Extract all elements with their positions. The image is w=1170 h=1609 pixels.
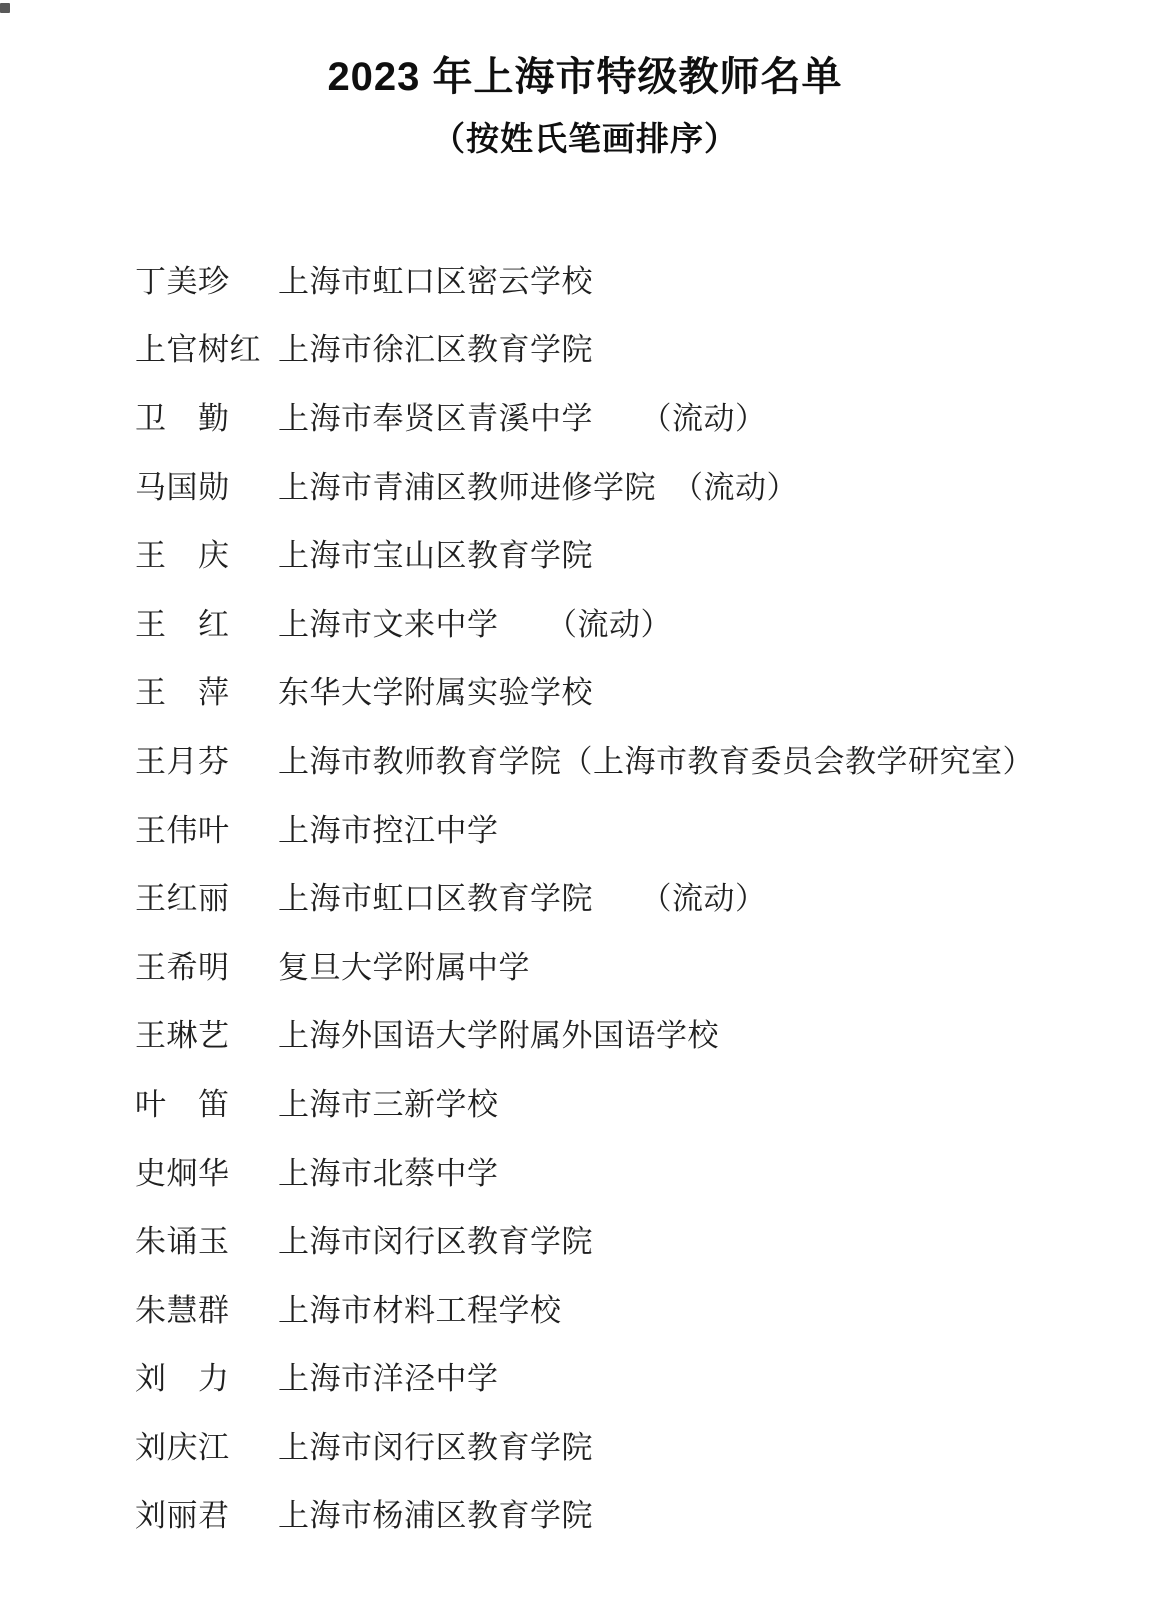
document-page: 2023 年上海市特级教师名单 （按姓氏笔画排序） 丁美珍上海市虹口区密云学校上… bbox=[0, 0, 1170, 1609]
teacher-name: 王 红 bbox=[135, 599, 278, 644]
teacher-school: 上海市三新学校 bbox=[278, 1079, 499, 1124]
teacher-name: 王月芬 bbox=[135, 736, 278, 781]
teacher-name: 王琳艺 bbox=[135, 1010, 278, 1055]
teacher-list: 丁美珍上海市虹口区密云学校上官树红上海市徐汇区教育学院卫 勤上海市奉贤区青溪中学… bbox=[0, 244, 1170, 1547]
teacher-school: 上海市虹口区教育学院 bbox=[278, 873, 593, 918]
teacher-name: 上官树红 bbox=[135, 324, 278, 369]
teacher-school: 上海市奉贤区青溪中学 bbox=[278, 393, 593, 438]
teacher-school: 上海市教师教育学院（上海市教育委员会教学研究室） bbox=[278, 736, 1034, 781]
teacher-name: 刘庆江 bbox=[135, 1422, 278, 1467]
teacher-school: 东华大学附属实验学校 bbox=[278, 667, 593, 712]
teacher-name: 马国勋 bbox=[135, 462, 278, 507]
teacher-row: 王伟叶上海市控江中学 bbox=[0, 793, 1170, 862]
teacher-name: 叶 笛 bbox=[135, 1079, 278, 1124]
teacher-row: 王月芬上海市教师教育学院（上海市教育委员会教学研究室） bbox=[0, 724, 1170, 793]
teacher-school: 上海市徐汇区教育学院 bbox=[278, 324, 593, 369]
teacher-school: 上海市闵行区教育学院 bbox=[278, 1216, 593, 1261]
teacher-row: 王 红上海市文来中学 （流动） bbox=[0, 587, 1170, 656]
teacher-row: 王希明复旦大学附属中学 bbox=[0, 930, 1170, 999]
scan-artifact-mark bbox=[0, 3, 10, 13]
teacher-school: 上海市洋泾中学 bbox=[278, 1353, 499, 1398]
teacher-school: 上海市虹口区密云学校 bbox=[278, 256, 593, 301]
teacher-school: 上海市北蔡中学 bbox=[278, 1148, 499, 1193]
teacher-row: 刘庆江上海市闵行区教育学院 bbox=[0, 1410, 1170, 1479]
teacher-school: 上海市闵行区教育学院 bbox=[278, 1422, 593, 1467]
teacher-row: 王红丽上海市虹口区教育学院 （流动） bbox=[0, 861, 1170, 930]
teacher-school: 上海外国语大学附属外国语学校 bbox=[278, 1010, 719, 1055]
mobility-note: （流动） bbox=[593, 873, 767, 918]
teacher-name: 王红丽 bbox=[135, 873, 278, 918]
teacher-name: 朱诵玉 bbox=[135, 1216, 278, 1261]
teacher-school: 上海市控江中学 bbox=[278, 805, 499, 850]
teacher-row: 朱慧群上海市材料工程学校 bbox=[0, 1273, 1170, 1342]
teacher-name: 刘丽君 bbox=[135, 1490, 278, 1535]
teacher-school: 复旦大学附属中学 bbox=[278, 942, 530, 987]
teacher-row: 朱诵玉上海市闵行区教育学院 bbox=[0, 1204, 1170, 1273]
teacher-row: 王琳艺上海外国语大学附属外国语学校 bbox=[0, 999, 1170, 1068]
teacher-row: 王 萍东华大学附属实验学校 bbox=[0, 656, 1170, 725]
teacher-row: 刘丽君上海市杨浦区教育学院 bbox=[0, 1479, 1170, 1548]
teacher-row: 上官树红上海市徐汇区教育学院 bbox=[0, 313, 1170, 382]
mobility-note: （流动） bbox=[499, 599, 673, 644]
teacher-row: 史炯华上海市北蔡中学 bbox=[0, 1136, 1170, 1205]
sort-order-note: （按姓氏笔画排序） bbox=[0, 119, 1170, 159]
teacher-name: 王 萍 bbox=[135, 667, 278, 712]
teacher-row: 叶 笛上海市三新学校 bbox=[0, 1067, 1170, 1136]
mobility-note: （流动） bbox=[593, 393, 767, 438]
mobility-note: （流动） bbox=[656, 462, 798, 507]
teacher-name: 丁美珍 bbox=[135, 256, 278, 301]
teacher-school: 上海市青浦区教师进修学院 bbox=[278, 462, 656, 507]
teacher-name: 史炯华 bbox=[135, 1148, 278, 1193]
teacher-row: 卫 勤上海市奉贤区青溪中学 （流动） bbox=[0, 381, 1170, 450]
teacher-name: 卫 勤 bbox=[135, 393, 278, 438]
teacher-school: 上海市文来中学 bbox=[278, 599, 499, 644]
teacher-row: 马国勋上海市青浦区教师进修学院 （流动） bbox=[0, 450, 1170, 519]
teacher-school: 上海市宝山区教育学院 bbox=[278, 530, 593, 575]
teacher-name: 王伟叶 bbox=[135, 805, 278, 850]
teacher-school: 上海市材料工程学校 bbox=[278, 1285, 562, 1330]
teacher-school: 上海市杨浦区教育学院 bbox=[278, 1490, 593, 1535]
teacher-row: 刘 力上海市洋泾中学 bbox=[0, 1342, 1170, 1411]
teacher-name: 朱慧群 bbox=[135, 1285, 278, 1330]
teacher-name: 刘 力 bbox=[135, 1353, 278, 1398]
teacher-name: 王希明 bbox=[135, 942, 278, 987]
teacher-row: 丁美珍上海市虹口区密云学校 bbox=[0, 244, 1170, 313]
teacher-name: 王 庆 bbox=[135, 530, 278, 575]
document-title: 2023 年上海市特级教师名单 bbox=[0, 0, 1170, 101]
teacher-row: 王 庆上海市宝山区教育学院 bbox=[0, 518, 1170, 587]
